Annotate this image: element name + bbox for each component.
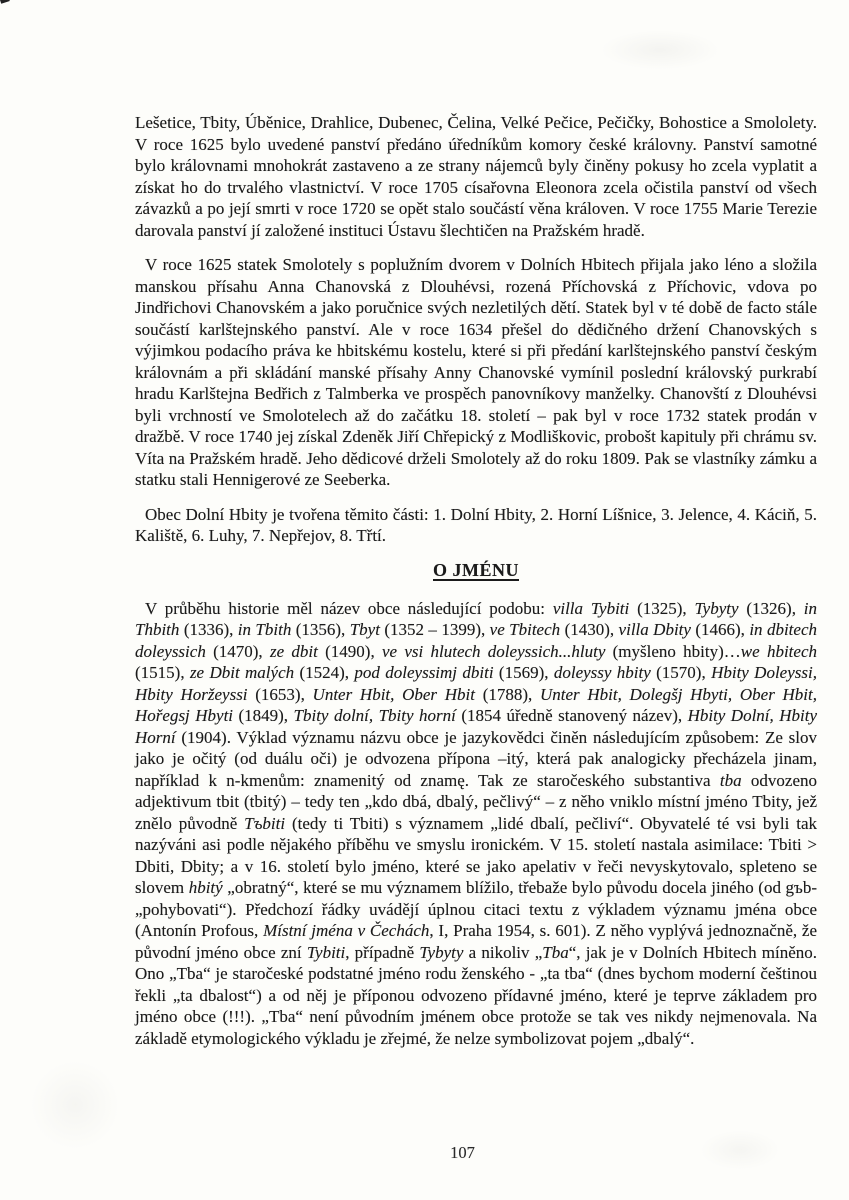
text-run: (1356), [291,620,349,639]
text-run: (1515), [135,663,190,682]
historic-name-form: Tba [542,943,568,962]
text-run: (1430), [560,620,618,639]
historic-name-form: Tъbiti [244,814,285,833]
historic-name-form: Unter Hbit, Ober Hbit [313,685,475,704]
text-run: (1470), [206,642,270,661]
historic-name-form: we hbitech [741,642,817,661]
historic-name-form: Tbyt [350,620,380,639]
page-content: Lešetice, Tbity, Úběnice, Drahlice, Dube… [135,112,817,1062]
historic-name-form: ve Tbitech [490,620,561,639]
text-run: V průběhu historie měl název obce násled… [145,599,553,618]
text-run: (1466), [691,620,749,639]
text-run: (1524), [294,663,354,682]
section-heading-o-jmenu: O JMÉNU [135,560,817,581]
historic-name-form: villa Tybiti [553,599,629,618]
text-run: (1490), [318,642,382,661]
paragraph-name-etymology: V průběhu historie měl název obce násled… [135,598,817,1050]
page-number: 107 [135,1143,790,1163]
historic-name-form: pod doleyssimj dbiti [354,663,493,682]
paragraph-municipality-parts: Obec Dolní Hbity je tvořena těmito části… [135,504,817,547]
scanned-document-page: Lešetice, Tbity, Úběnice, Drahlice, Dube… [0,0,849,1200]
text-run: (1336), [179,620,237,639]
text-run: (1352 – 1399), [380,620,490,639]
historic-name-form: in Tbith [238,620,292,639]
historic-name-form: tba [720,771,742,790]
text-run: (1569), [494,663,554,682]
text-run: (1854 úředně stanovený název), [456,706,688,725]
paragraph-smolotely-estate: V roce 1625 statek Smolotely s poplužním… [135,254,817,491]
text-run: (1326), [739,599,804,618]
historic-name-form: Tbity dolní, Tbity horní [294,706,456,725]
text-run: a nikoliv „ [463,943,542,962]
text-run: (1325), [629,599,694,618]
text-run: (1904). Výklad významu názvu obce je jaz… [135,728,817,790]
historic-name-form: doleyssy hbity [554,663,651,682]
text-run: (myšleno hbity)… [605,642,740,661]
text-run: (1570), [651,663,711,682]
text-run: , případně [345,943,419,962]
historic-name-form: Tybiti [307,943,345,962]
text-run: (1788), [475,685,540,704]
historic-name-form: villa Dbity [619,620,691,639]
historic-name-form: Tybyty [694,599,738,618]
scan-artifact-corner [0,0,10,4]
historic-name-form: ve vsi hlutech doleyssich...hluty [382,642,605,661]
historic-name-form: Místní jména v Čechách [263,921,429,940]
scan-smudge [600,30,720,70]
historic-name-form: ze dbit [270,642,318,661]
text-run: (1849), [233,706,294,725]
scan-smudge [30,1060,120,1150]
paragraph-panstvi-history: Lešetice, Tbity, Úběnice, Drahlice, Dube… [135,112,817,241]
historic-name-form: ze Dbit malých [190,663,294,682]
historic-name-form: hbitý [189,878,223,897]
text-run: (1653), [248,685,313,704]
historic-name-form: Tybyty [419,943,463,962]
